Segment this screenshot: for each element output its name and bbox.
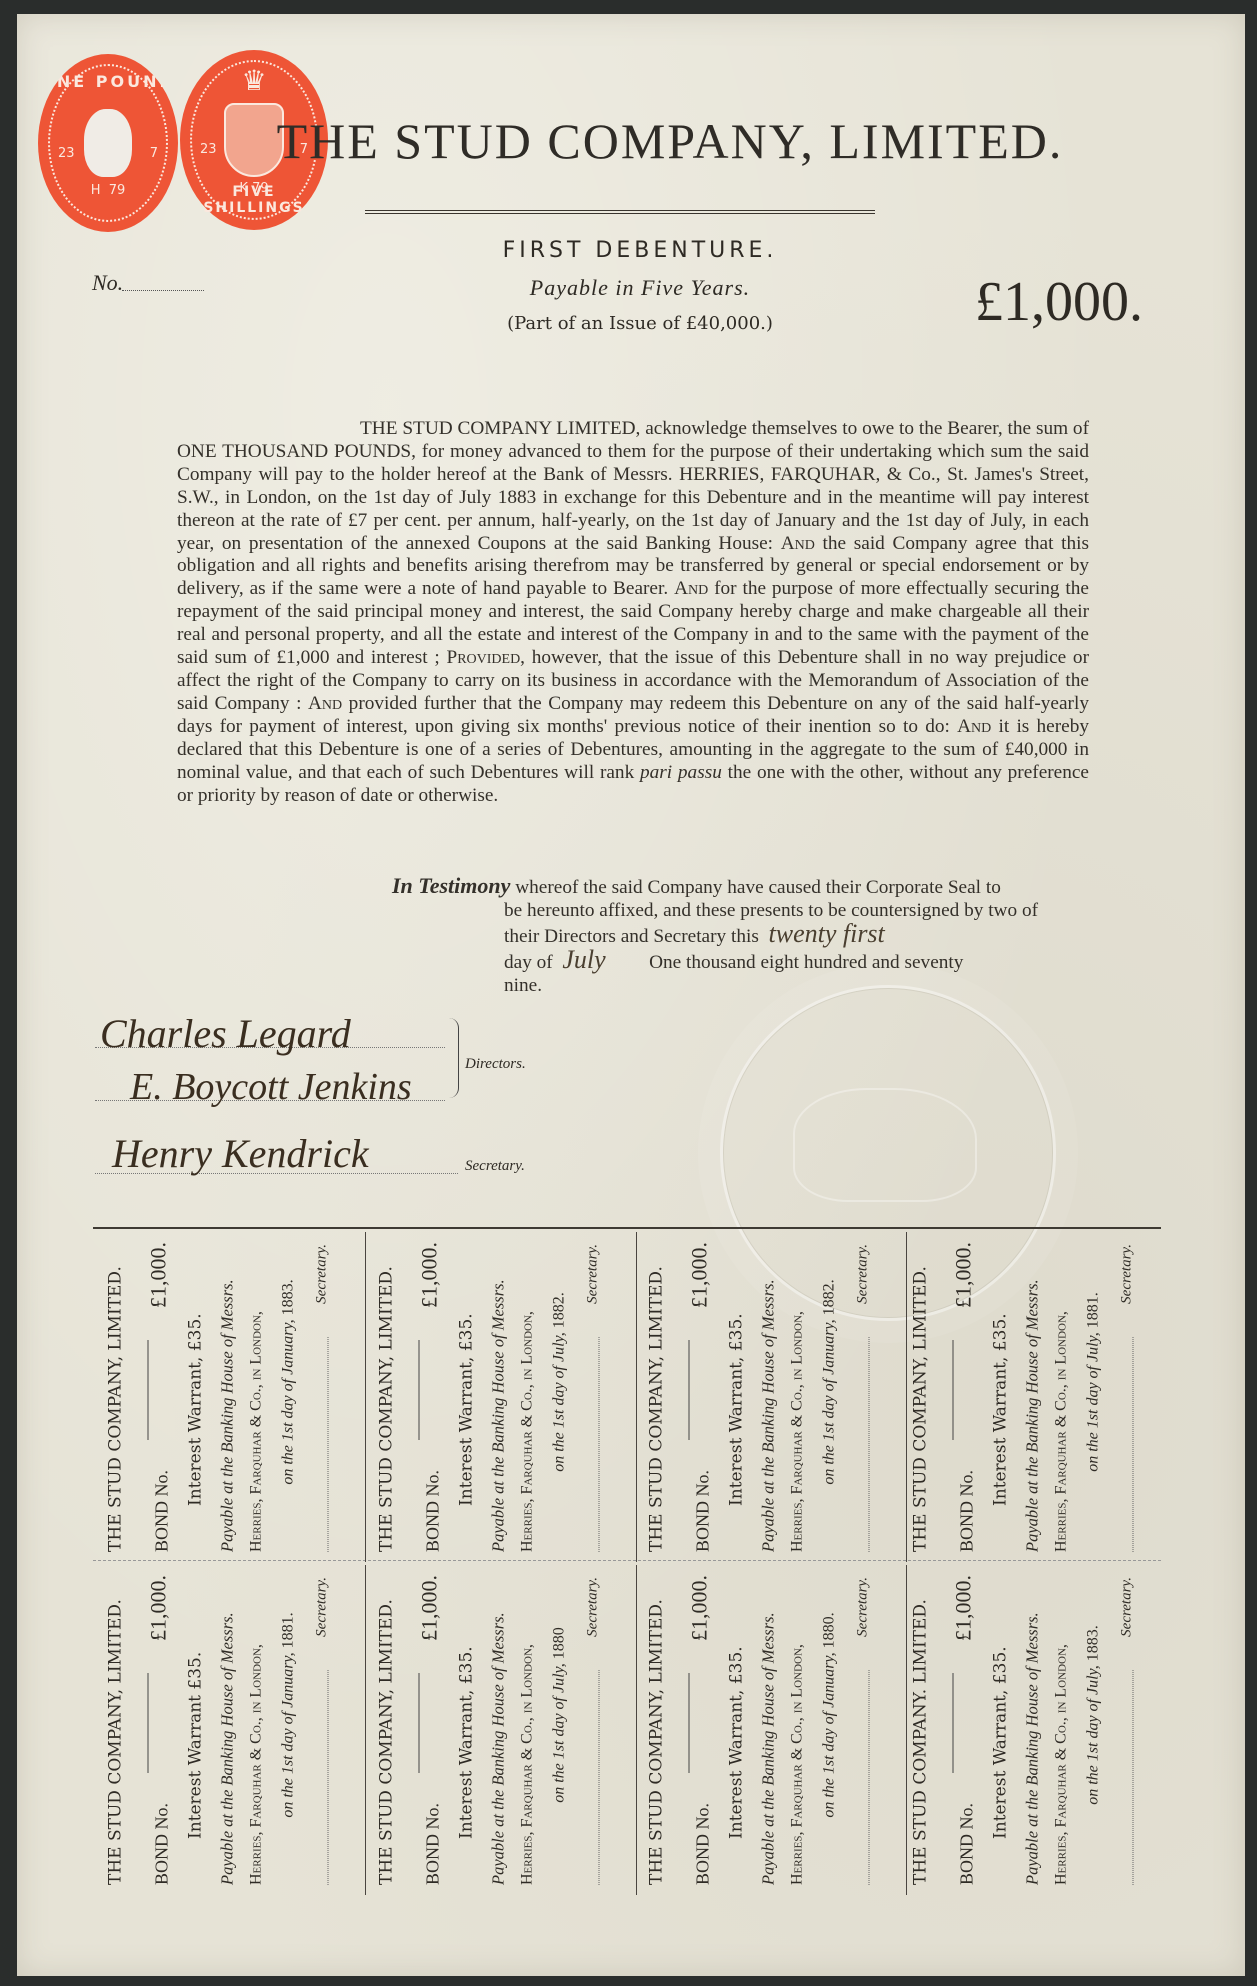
one-pound-revenue-stamp: ONE POUND 23 7 H 79: [38, 54, 178, 232]
stamp-year: H 79: [38, 183, 178, 198]
crown-icon: ♛: [241, 64, 266, 97]
interest-coupon: THE STUD COMPANY, LIMITED. BOND No.£1,00…: [95, 1565, 360, 1895]
number-field: [122, 290, 204, 291]
director-signature: Charles Legard: [100, 1010, 351, 1057]
title-divider: [365, 210, 875, 214]
interest-coupon: THE STUD COMPANY, LIMITED. BOND No.£1,00…: [366, 1565, 631, 1895]
stamp-month: 7: [150, 146, 158, 161]
debenture-terms: THE STUD COMPANY LIMITED, acknowledge th…: [177, 418, 1089, 807]
interest-coupon: THE STUD COMPANY, LIMITED. BOND No.£1,00…: [95, 1232, 360, 1562]
testimony-clause: In Testimony whereof the said Company ha…: [392, 875, 1092, 998]
directors-label: Directors.: [465, 1056, 526, 1073]
secretary-label: Secretary.: [465, 1158, 525, 1175]
interest-coupon: THE STUD COMPANY, LIMITED. BOND No.£1,00…: [900, 1232, 1165, 1562]
stamp-day: 23: [58, 146, 75, 161]
handwritten-month: July: [562, 945, 605, 974]
debenture-heading: FIRST DEBENTURE.: [440, 238, 840, 263]
number-label: No.: [92, 270, 123, 296]
horse-icon: [793, 1088, 977, 1202]
stamp-label: FIVE SHILLINGS: [180, 184, 328, 216]
directors-brace: [448, 1018, 459, 1098]
interest-coupon: THE STUD COMPANY, LIMITED. BOND No.£1,00…: [636, 1232, 901, 1562]
handwritten-day: twenty first: [769, 919, 885, 948]
coupon-perforation: [93, 1227, 1161, 1229]
payable-term: Payable in Five Years.: [440, 275, 840, 301]
company-title: THE STUD COMPANY, LIMITED.: [240, 112, 1100, 170]
interest-coupon: THE STUD COMPANY. LIMITED. BOND No.£1,00…: [900, 1565, 1165, 1895]
secretary-signature: Henry Kendrick: [112, 1130, 369, 1177]
issue-note: (Part of an Issue of £40,000.): [440, 313, 840, 334]
face-amount: £1,000.: [975, 270, 1143, 334]
director-signature: E. Boycott Jenkins: [130, 1065, 412, 1109]
interest-coupon: THE STUD COMPANY, LIMITED. BOND No.£1,00…: [366, 1232, 631, 1562]
interest-coupon: THE STUD COMPANY, LIMITED. BOND No.£1,00…: [636, 1565, 901, 1895]
stamp-day: 23: [200, 142, 217, 157]
